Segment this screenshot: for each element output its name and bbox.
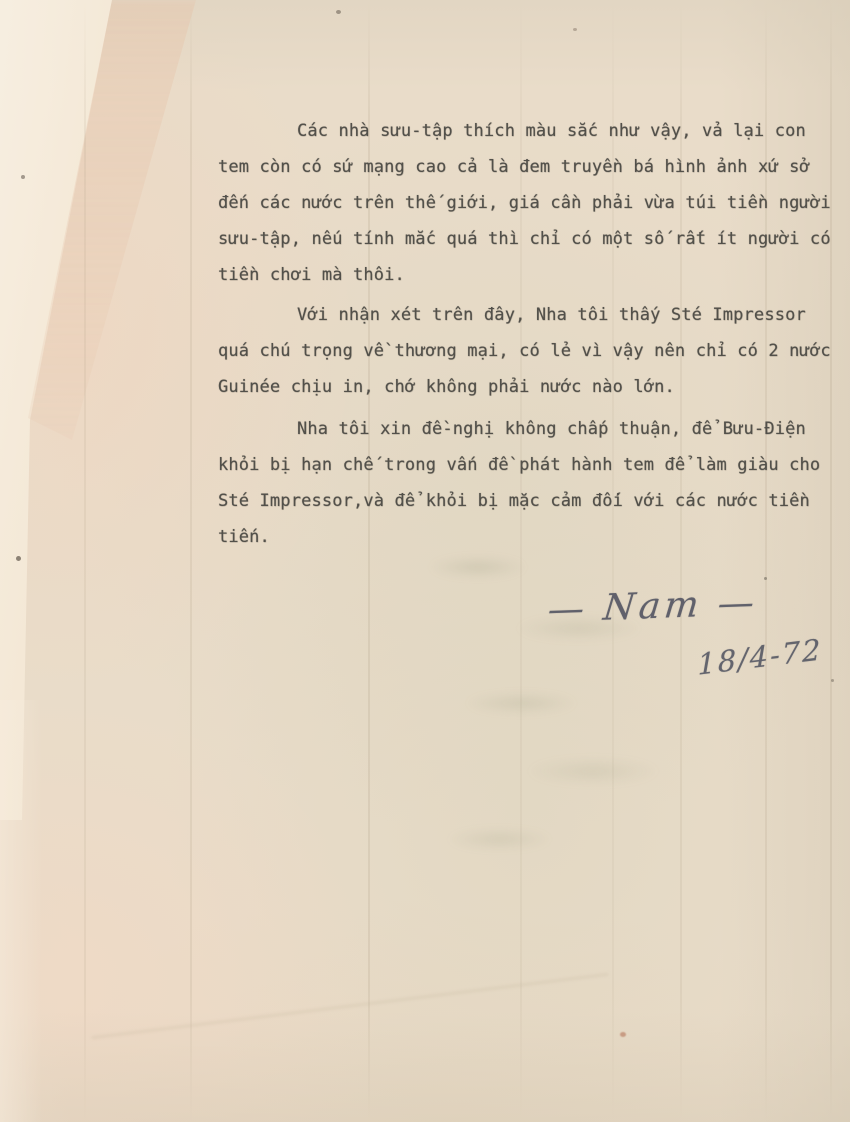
paper-speck [831,679,834,682]
letter-line: Guinée chịu in, chớ không phải nước nào … [218,369,848,405]
letter-line: Sté Impressor,và để khỏi bị mặc cảm đối … [218,483,848,519]
left-page-edge [0,700,42,1122]
paper-crease [84,0,86,1122]
letter-paragraph-1: Các nhà sưu-tập thích màu sắc như vậy, v… [218,113,848,293]
letter-line: tem còn có sứ mạng cao cả là đem truyền … [218,149,848,185]
paper-crease [190,0,192,1122]
letter-paragraph-2: Với nhận xét trên đây, Nha tôi thấy Sté … [218,297,848,405]
letter-paragraph-3: Nha tôi xin đề-nghị không chấp thuận, để… [218,411,848,555]
paper-speck [573,28,577,31]
letter-line: khỏi bị hạn chế trong vấn đề phát hành t… [218,447,848,483]
letter-line: tiền chơi mà thôi. [218,257,848,293]
letter-line: Nha tôi xin đề-nghị không chấp thuận, để… [218,411,848,447]
paper-speck [16,556,21,561]
letter-line: đến các nước trên thế giới, giá cần phải… [218,185,848,221]
letter-line: tiến. [218,519,848,555]
scanned-letter-page: Các nhà sưu-tập thích màu sắc như vậy, v… [0,0,850,1122]
paper-speck [336,10,341,14]
paper-speck [764,577,767,580]
paper-speck [21,175,25,179]
letter-line: quá chú trọng về thương mại, có lẻ vì vậ… [218,333,848,369]
letter-line: sưu-tập, nếu tính mắc quá thì chỉ có một… [218,221,848,257]
paper-stain-red [620,1032,626,1037]
paper-wrinkle [92,973,608,1038]
letter-line: Với nhận xét trên đây, Nha tôi thấy Sté … [218,297,848,333]
handwritten-signature: — Nam — [546,582,760,631]
letter-line: Các nhà sưu-tập thích màu sắc như vậy, v… [218,113,848,149]
